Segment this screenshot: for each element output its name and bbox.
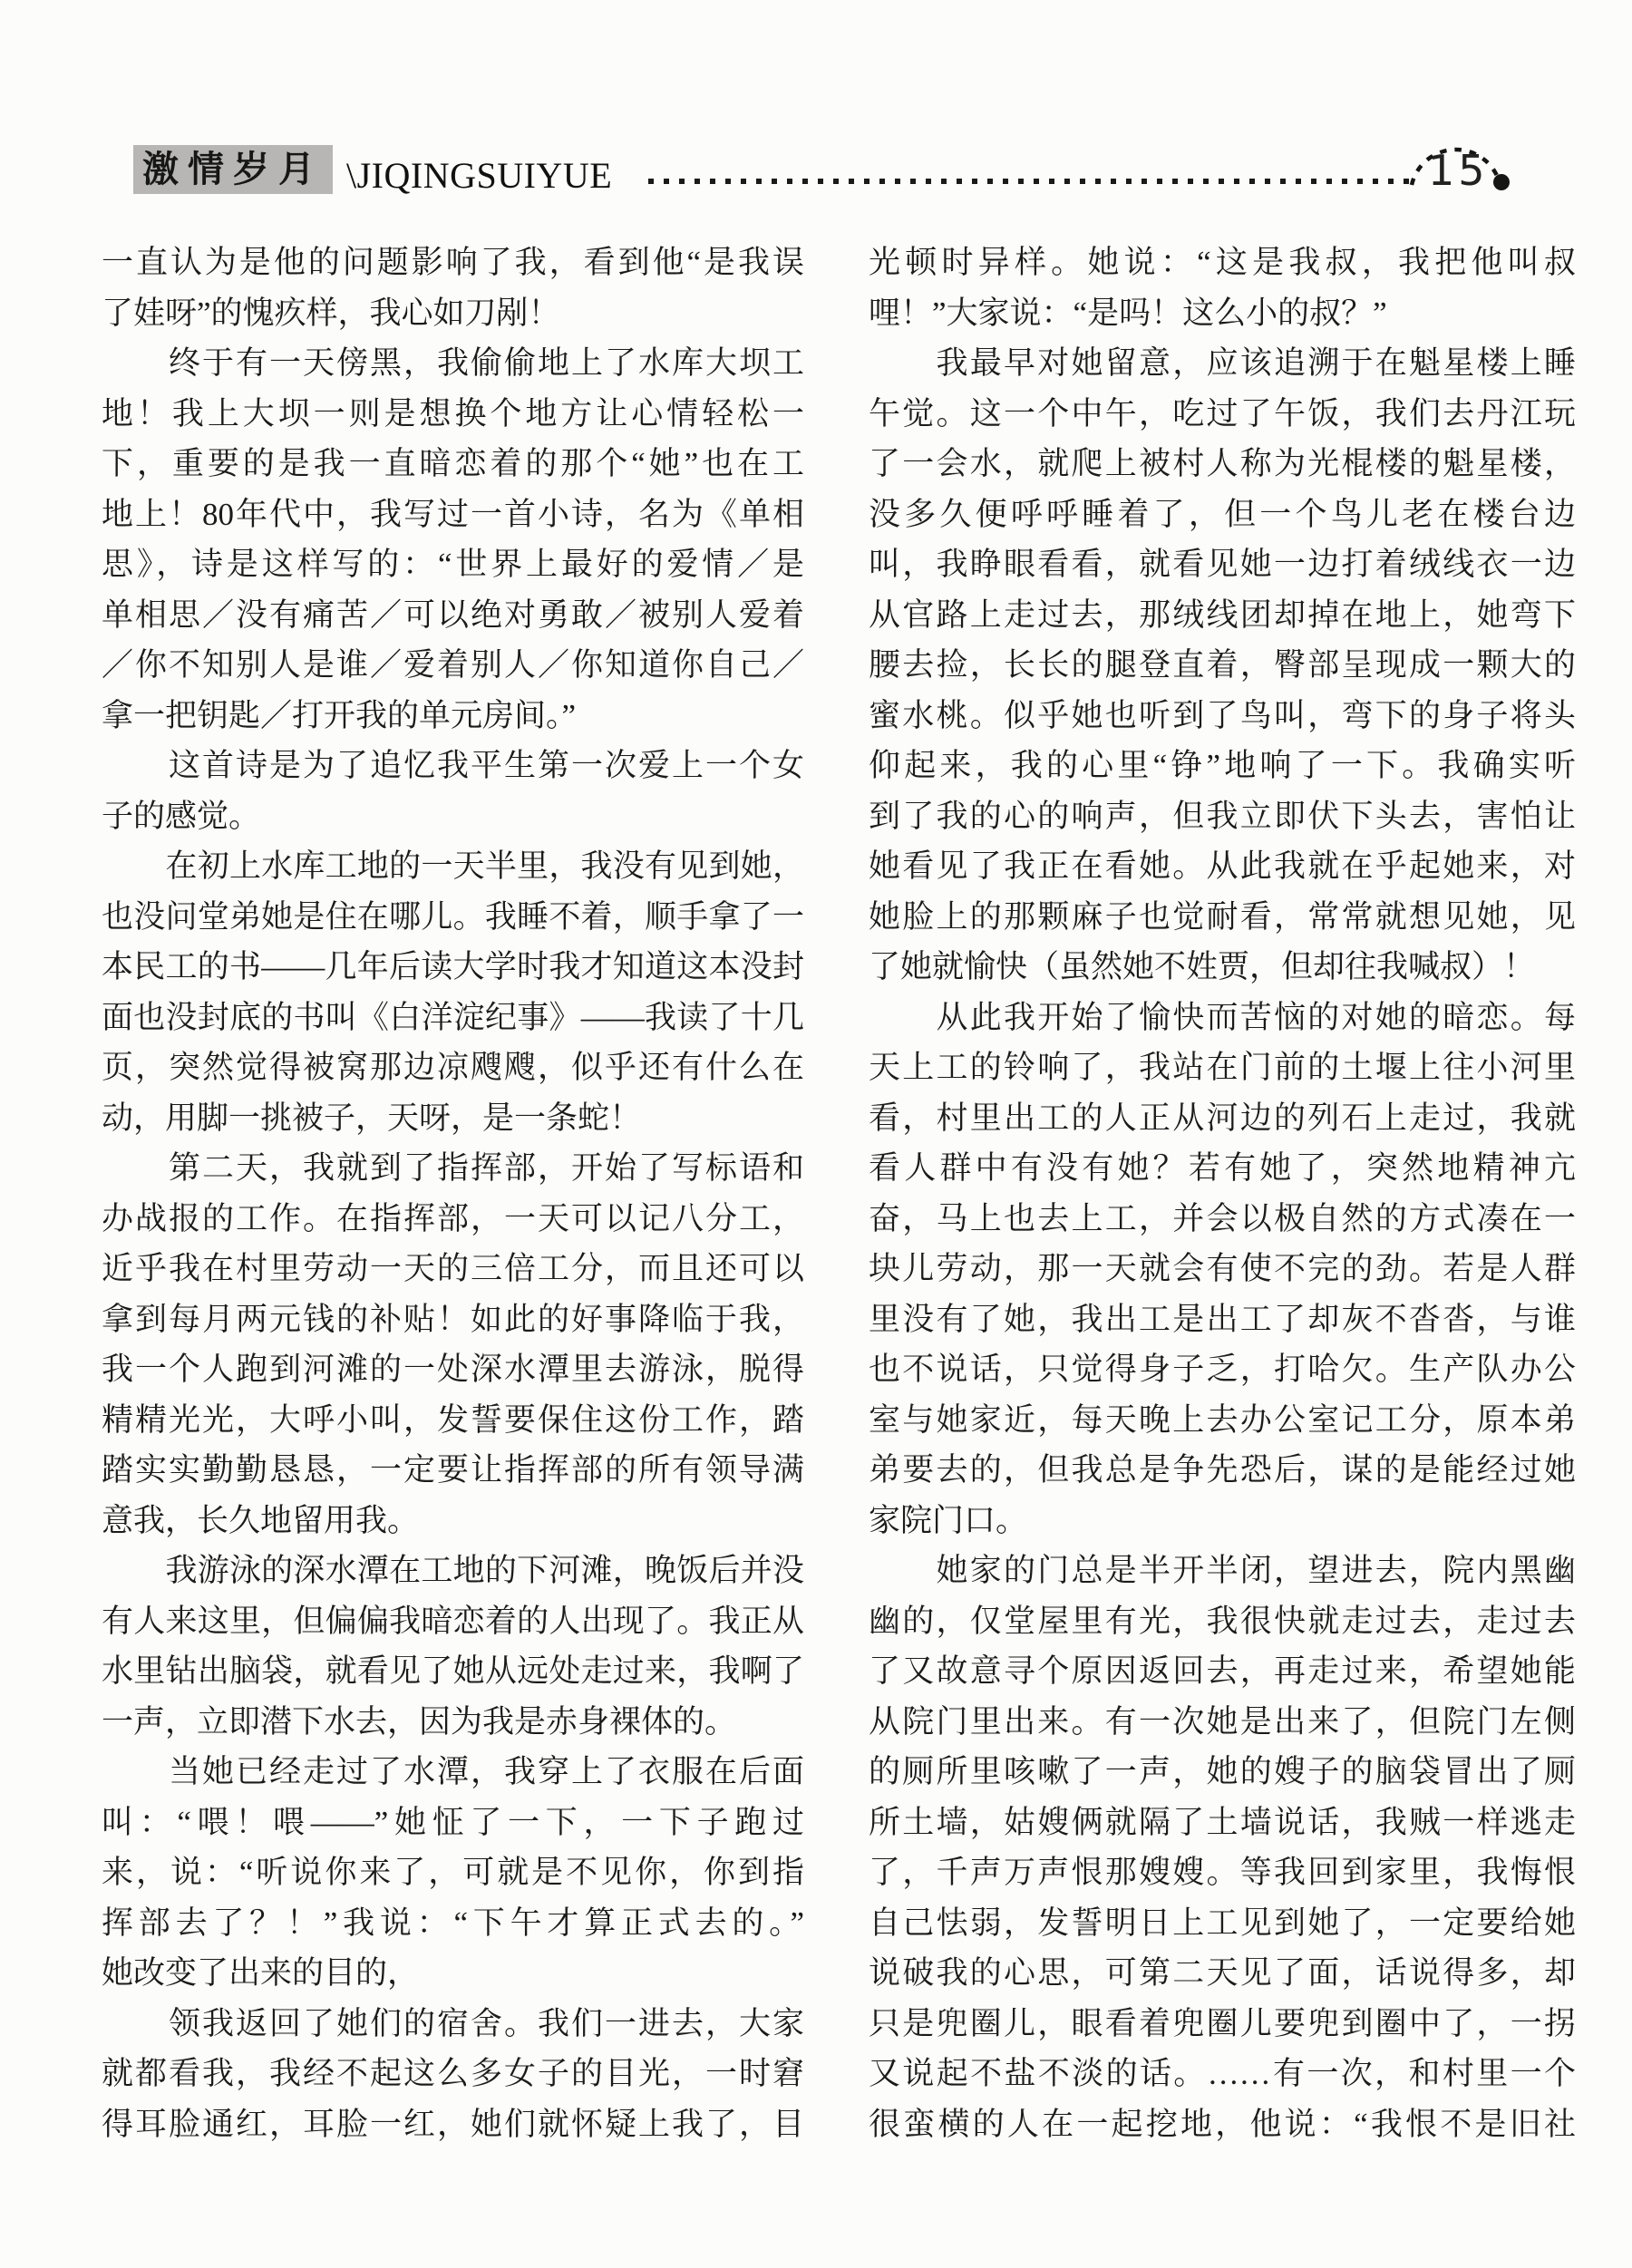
text-line: 腰去捡，长长的腿登直着，臀部呈现成一颗大的: [869, 640, 1576, 691]
text-line: 意我，长久地留用我。: [102, 1496, 804, 1546]
text-line: 幽的，仅堂屋里有光，我很快就走过去，走过去: [869, 1596, 1576, 1647]
text-line: 拿一把钥匙／打开我的单元房间。”: [102, 691, 804, 741]
text-line: 了她就愉快（虽然她不姓贾，但却往我喊叔）！: [869, 942, 1576, 993]
text-line: 页，突然觉得被窝那边凉飕飕，似乎还有什么在: [102, 1042, 804, 1093]
paragraph: 第二天，我就到了指挥部，开始了写标语和办战报的工作。在指挥部，一天可以记八分工，…: [102, 1143, 804, 1546]
paragraph: 她家的门总是半开半闭，望进去，院内黑幽幽的，仅堂屋里有光，我很快就走过去，走过去…: [869, 1546, 1576, 2149]
text-line: 这首诗是为了追忆我平生第一次爱上一个女: [102, 741, 804, 791]
text-line: 从院门里出来。有一次她是出来了，但院门左侧: [869, 1697, 1576, 1748]
text-line: 自己怯弱，发誓明日上工见到她了，一定要给她: [869, 1898, 1576, 1949]
text-line: 动，用脚一挑被子，天呀，是一条蛇！: [102, 1093, 804, 1144]
text-line: 奋，马上也去上工，并会以极自然的方式凑在一: [869, 1194, 1576, 1245]
text-line: 块儿劳动，那一天就会有使不完的劲。若是人群: [869, 1244, 1576, 1294]
text-line: 得耳脸通红，耳脸一红，她们就怀疑上我了，目: [102, 2099, 804, 2150]
text-line: 里没有了她，我出工是出工了却灰不沓沓，与谁: [869, 1294, 1576, 1345]
text-line: 的厕所里咳嗽了一声，她的嫂子的脑袋冒出了厕: [869, 1747, 1576, 1798]
section-title-box: 激情岁月: [133, 145, 333, 194]
text-line: 终于有一天傍黑，我偷偷地上了水库大坝工: [102, 338, 804, 389]
text-line: 单相思／没有痛苦／可以绝对勇敢／被别人爱着: [102, 590, 804, 641]
text-line: 蜜水桃。似乎她也听到了鸟叫，弯下的身子将头: [869, 691, 1576, 741]
text-line: 面也没封底的书叫《白洋淀纪事》——我读了十几: [102, 993, 804, 1043]
paragraph: 当她已经走过了水潭，我穿上了衣服在后面叫：“喂！喂——”她怔了一下，一下子跑过来…: [102, 1747, 804, 1999]
text-line: ／你不知别人是谁／爱着别人／你知道你自己／: [102, 640, 804, 691]
text-line: 挥部去了？！”我说：“下午才算正式去的。”: [102, 1898, 804, 1949]
text-line: 午觉。这一个中午，吃过了午饭，我们去丹江玩: [869, 389, 1576, 440]
text-line: 拿到每月两元钱的补贴！如此的好事降临于我，: [102, 1294, 804, 1345]
paragraph: 终于有一天傍黑，我偷偷地上了水库大坝工地！我上大坝一则是想换个地方让心情轻松一下…: [102, 338, 804, 741]
paragraph: 我最早对她留意，应该追溯于在魁星楼上睡午觉。这一个中午，吃过了午饭，我们去丹江玩…: [869, 338, 1576, 993]
text-line: 我游泳的深水潭在工地的下河滩，晚饭后并没: [102, 1546, 804, 1596]
text-line: 家院门口。: [869, 1496, 1576, 1546]
text-line: 子的感觉。: [102, 791, 804, 842]
text-line: 从此我开始了愉快而苦恼的对她的暗恋。每: [869, 993, 1576, 1043]
text-column-right: 光顿时异样。她说：“这是我叔，我把他叫叔哩！”大家说：“是吗！这么小的叔？” 我…: [869, 237, 1576, 2149]
text-line: 她看见了我正在看她。从此我就在乎起她来，对: [869, 841, 1576, 892]
text-line: 思》，诗是这样写的：“世界上最好的爱情／是: [102, 539, 804, 590]
text-line: 一直认为是他的问题影响了我，看到他“是我误: [102, 237, 804, 288]
text-line: 她改变了出来的目的，: [102, 1948, 804, 1999]
text-line: 精精光光，大呼小叫，发誓要保住这份工作，踏: [102, 1395, 804, 1446]
text-line: 看，村里出工的人正从河边的列石上走过，我就: [869, 1093, 1576, 1144]
text-line: 也不说话，只觉得身子乏，打哈欠。生产队办公: [869, 1344, 1576, 1395]
text-line: 近乎我在村里劳动一天的三倍工分，而且还可以: [102, 1244, 804, 1294]
text-line: 只是兜圈儿，眼看着兜圈儿要兜到圈中了，一拐: [869, 1999, 1576, 2050]
text-line: 很蛮横的人在一起挖地，他说：“我恨不是旧社: [869, 2099, 1576, 2150]
text-line: 也没问堂弟她是住在哪儿。我睡不着，顺手拿了一: [102, 892, 804, 943]
paragraph: 从此我开始了愉快而苦恼的对她的暗恋。每天上工的铃响了，我站在门前的土堰上往小河里…: [869, 993, 1576, 1546]
text-line: 来，说：“听说你来了，可就是不见你，你到指: [102, 1847, 804, 1898]
text-line: 我最早对她留意，应该追溯于在魁星楼上睡: [869, 338, 1576, 389]
text-line: 地！我上大坝一则是想换个地方让心情轻松一: [102, 389, 804, 440]
text-line: 叫，我睁眼看看，就看见她一边打着绒线衣一边: [869, 539, 1576, 590]
text-line: 踏实实勤勤恳恳，一定要让指挥部的所有领导满: [102, 1445, 804, 1496]
text-line: 她脸上的那颗麻子也觉耐看，常常就想见她，见: [869, 892, 1576, 943]
text-line: 哩！”大家说：“是吗！这么小的叔？”: [869, 288, 1576, 339]
paragraph: 光顿时异样。她说：“这是我叔，我把他叫叔哩！”大家说：“是吗！这么小的叔？”: [869, 237, 1576, 338]
text-line: 在初上水库工地的一天半里，我没有见到她，: [102, 841, 804, 892]
text-line: 所土墙，姑嫂俩就隔了土墙说话，我贼一样逃走: [869, 1798, 1576, 1848]
magazine-page: 激情岁月 \JIQINGSUIYUE 15 一直认为是他的问题影响了我，看到他“…: [0, 0, 1632, 2268]
paragraph: 这首诗是为了追忆我平生第一次爱上一个女子的感觉。: [102, 741, 804, 841]
text-line: 有人来这里，但偏偏我暗恋着的人出现了。我正从: [102, 1596, 804, 1647]
text-line: 她家的门总是半开半闭，望进去，院内黑幽: [869, 1546, 1576, 1596]
text-line: 本民工的书——几年后读大学时我才知道这本没封: [102, 942, 804, 993]
page-number-ornament: 15: [1396, 114, 1532, 198]
text-line: 地上！80年代中，我写过一首小诗，名为《单相: [102, 489, 804, 540]
paragraph: 一直认为是他的问题影响了我，看到他“是我误了娃呀”的愧疚样，我心如刀剐！: [102, 237, 804, 338]
dotted-leader-line: [648, 179, 1412, 184]
text-line: 光顿时异样。她说：“这是我叔，我把他叫叔: [869, 237, 1576, 288]
text-line: 下，重要的是我一直暗恋着的那个“她”也在工: [102, 439, 804, 489]
arc-end-dot-icon: [1493, 174, 1510, 190]
text-line: 领我返回了她们的宿舍。我们一进去，大家: [102, 1999, 804, 2050]
text-line: 室与她家近，每天晚上去办公室记工分，原本弟: [869, 1395, 1576, 1446]
text-line: 到了我的心的响声，但我立即伏下头去，害怕让: [869, 791, 1576, 842]
text-column-left: 一直认为是他的问题影响了我，看到他“是我误了娃呀”的愧疚样，我心如刀剐！ 终于有…: [102, 237, 804, 2149]
text-line: 了一会水，就爬上被村人称为光棍楼的魁星楼，: [869, 439, 1576, 489]
text-line: 水里钻出脑袋，就看见了她从远处走过来，我啊了: [102, 1646, 804, 1697]
text-line: 当她已经走过了水潭，我穿上了衣服在后面: [102, 1747, 804, 1798]
text-line: 天上工的铃响了，我站在门前的土堰上往小河里: [869, 1042, 1576, 1093]
text-line: 弟要去的，但我总是争先恐后，谋的是能经过她: [869, 1445, 1576, 1496]
page-number: 15: [1428, 146, 1489, 195]
text-line: 办战报的工作。在指挥部，一天可以记八分工，: [102, 1194, 804, 1245]
text-line: 仰起来，我的心里“铮”地响了一下。我确实听: [869, 741, 1576, 791]
text-line: 就都看我，我经不起这么多女子的目光，一时窘: [102, 2049, 804, 2099]
paragraph: 我游泳的深水潭在工地的下河滩，晚饭后并没有人来这里，但偏偏我暗恋着的人出现了。我…: [102, 1546, 804, 1747]
section-title: 激情岁月: [142, 149, 324, 189]
text-line: 了又故意寻个原因返回去，再走过来，希望她能: [869, 1646, 1576, 1697]
paragraph: 领我返回了她们的宿舍。我们一进去，大家就都看我，我经不起这么多女子的目光，一时窘…: [102, 1999, 804, 2150]
text-line: 看人群中有没有她？若有她了，突然地精神亢: [869, 1143, 1576, 1194]
text-line: 叫：“喂！喂——”她怔了一下，一下子跑过: [102, 1798, 804, 1848]
text-line: 从官路上走过去，那绒线团却掉在地上，她弯下: [869, 590, 1576, 641]
text-line: 没多久便呼呼睡着了，但一个鸟儿老在楼台边: [869, 489, 1576, 540]
text-line: 我一个人跑到河滩的一处深水潭里去游泳，脱得: [102, 1344, 804, 1395]
text-line: 了娃呀”的愧疚样，我心如刀剐！: [102, 288, 804, 339]
text-line: 了，千声万声恨那嫂嫂。等我回到家里，我悔恨: [869, 1847, 1576, 1898]
text-line: 第二天，我就到了指挥部，开始了写标语和: [102, 1143, 804, 1194]
text-line: 又说起不盐不淡的话。……有一次，和村里一个: [869, 2049, 1576, 2099]
text-line: 说破我的心思，可第二天见了面，话说得多，却: [869, 1948, 1576, 1999]
section-title-pinyin: \JIQINGSUIYUE: [346, 154, 612, 197]
text-line: 一声，立即潜下水去，因为我是赤身裸体的。: [102, 1697, 804, 1748]
paragraph: 在初上水库工地的一天半里，我没有见到她，也没问堂弟她是住在哪儿。我睡不着，顺手拿…: [102, 841, 804, 1143]
